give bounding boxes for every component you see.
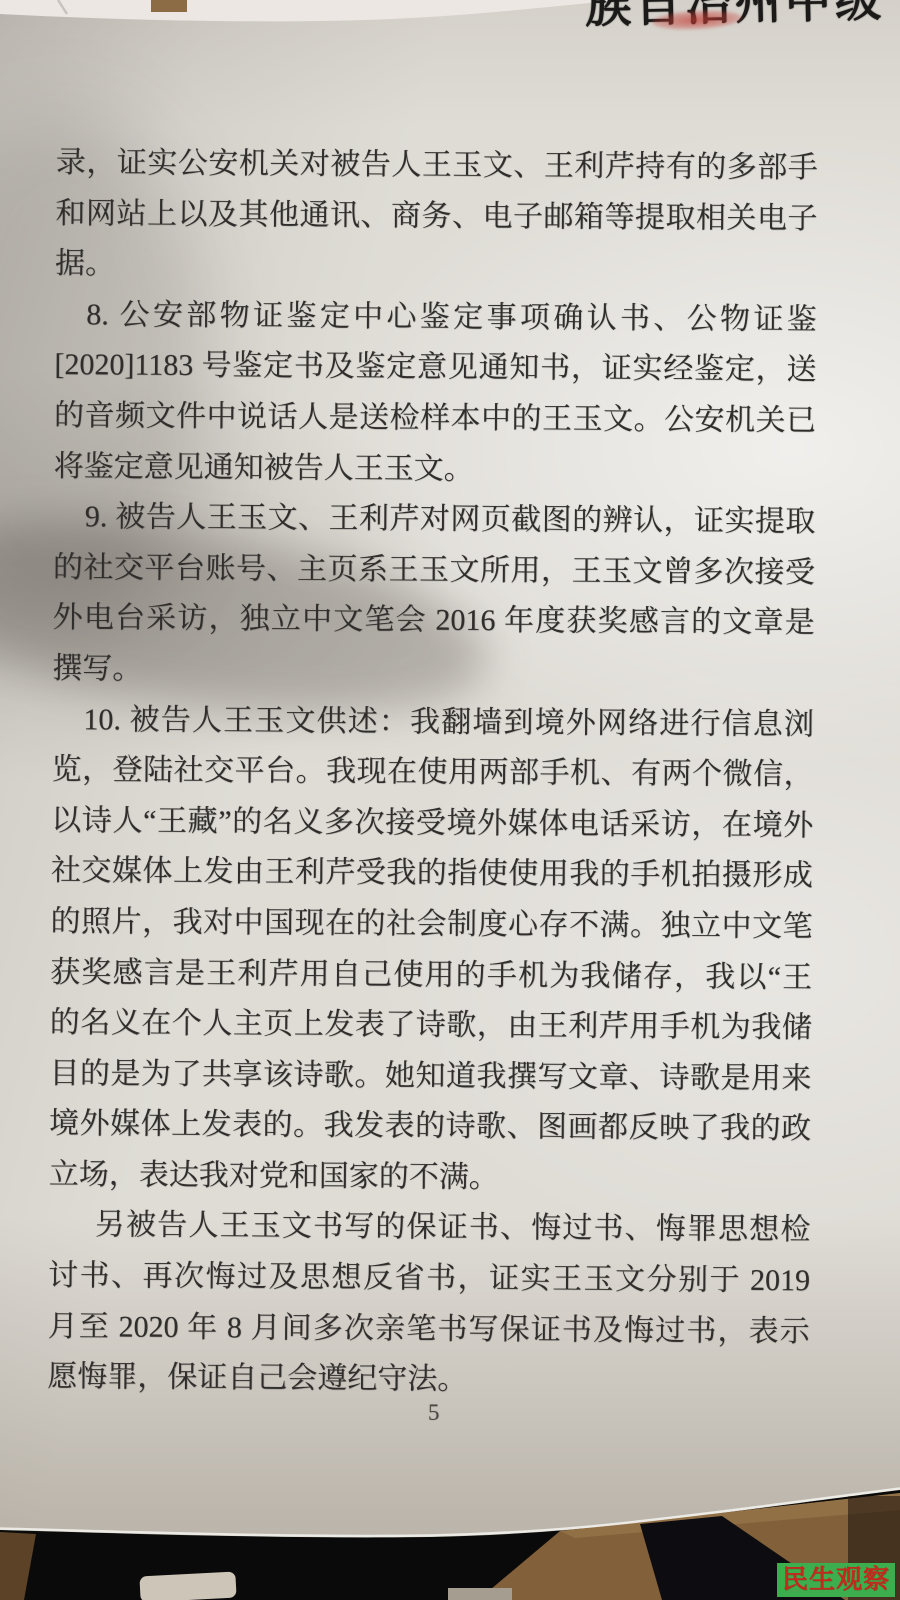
text-line: 将鉴定意见通知被告人王玉文。 xyxy=(54,442,816,498)
text-line: 讨书、再次悔过及思想反省书，证实王玉文分别于 2019 年 7 xyxy=(48,1251,810,1307)
light-object-small xyxy=(448,1588,512,1600)
watermark: 民生观察 xyxy=(777,1563,895,1597)
text-line: 境外媒体上发表的。我发表的诗歌、图画都反映了我的政治 xyxy=(49,1099,811,1155)
text-line: 录，证实公安机关对被告人王玉文、王利芹持有的多部手机 xyxy=(56,138,818,194)
bottom-edge-graphic xyxy=(0,1468,900,1600)
text-line: 据。 xyxy=(55,239,817,295)
text-line: 月至 2020 年 8 月间多次亲笔书写保证书及悔过书，表示自 xyxy=(48,1302,810,1358)
text-line: 的名义在个人主页上发表了诗歌，由王利芹用手机为我储存， xyxy=(50,998,812,1054)
text-line: 以诗人“王藏”的名义多次接受境外媒体电话采访，在境外 xyxy=(51,796,813,852)
text-line: 的社交平台账号、主页系王玉文所用，王玉文曾多次接受境 xyxy=(53,543,815,599)
text-line: [2020]1183 号鉴定书及鉴定意见通知书，证实经鉴定，送检 xyxy=(54,340,816,396)
text-line: 社交媒体上发由王利芹受我的指使使用我的手机拍摄形成 xyxy=(51,846,813,902)
text-line: 的音频文件中说话人是送检样本中的王玉文。公安机关已经 xyxy=(54,391,816,447)
text-line: 和网站上以及其他通讯、商务、电子邮箱等提取相关电子数 xyxy=(55,189,817,245)
light-object xyxy=(139,1572,236,1600)
table-behind-paper xyxy=(0,0,618,21)
text-line: 获奖感言是王利芹用自己使用的手机为我储存，我以“王藏” xyxy=(50,947,812,1003)
watermark-text: 民生观察 xyxy=(782,1563,890,1597)
table-surface xyxy=(0,1468,900,1600)
text-line: 10. 被告人王玉文供述：我翻墙到境外网络进行信息浏 xyxy=(52,695,814,751)
text-line: 览，登陆社交平台。我现在使用两部手机、有两个微信，我 xyxy=(51,745,813,801)
text-line: 目的是为了共享该诗歌。她知道我撰写文章、诗歌是用来在 xyxy=(49,1049,811,1105)
small-object xyxy=(151,0,187,12)
page-number: 5 xyxy=(428,1400,440,1426)
text-line: 另被告人王玉文书写的保证书、悔过书、悔罪思想检 xyxy=(48,1200,810,1256)
text-line: 的照片，我对中国现在的社会制度心存不满。独立中文笔会 xyxy=(50,897,812,953)
text-line: 8. 公安部物证鉴定中心鉴定事项确认书、公物证鉴 xyxy=(55,290,817,346)
text-line: 撰写。 xyxy=(52,644,814,700)
document-text: 录，证实公安机关对被告人王玉文、王利芹持有的多部手机和网站上以及其他通讯、商务、… xyxy=(47,138,818,1408)
text-line: 外电台采访，独立中文笔会 2016 年度获奖感言的文章是其 xyxy=(52,593,814,649)
text-line: 立场，表达我对党和国家的不满。 xyxy=(49,1150,811,1206)
text-line: 9. 被告人王玉文、王利芹对网页截图的辨认，证实提取 xyxy=(53,492,815,548)
